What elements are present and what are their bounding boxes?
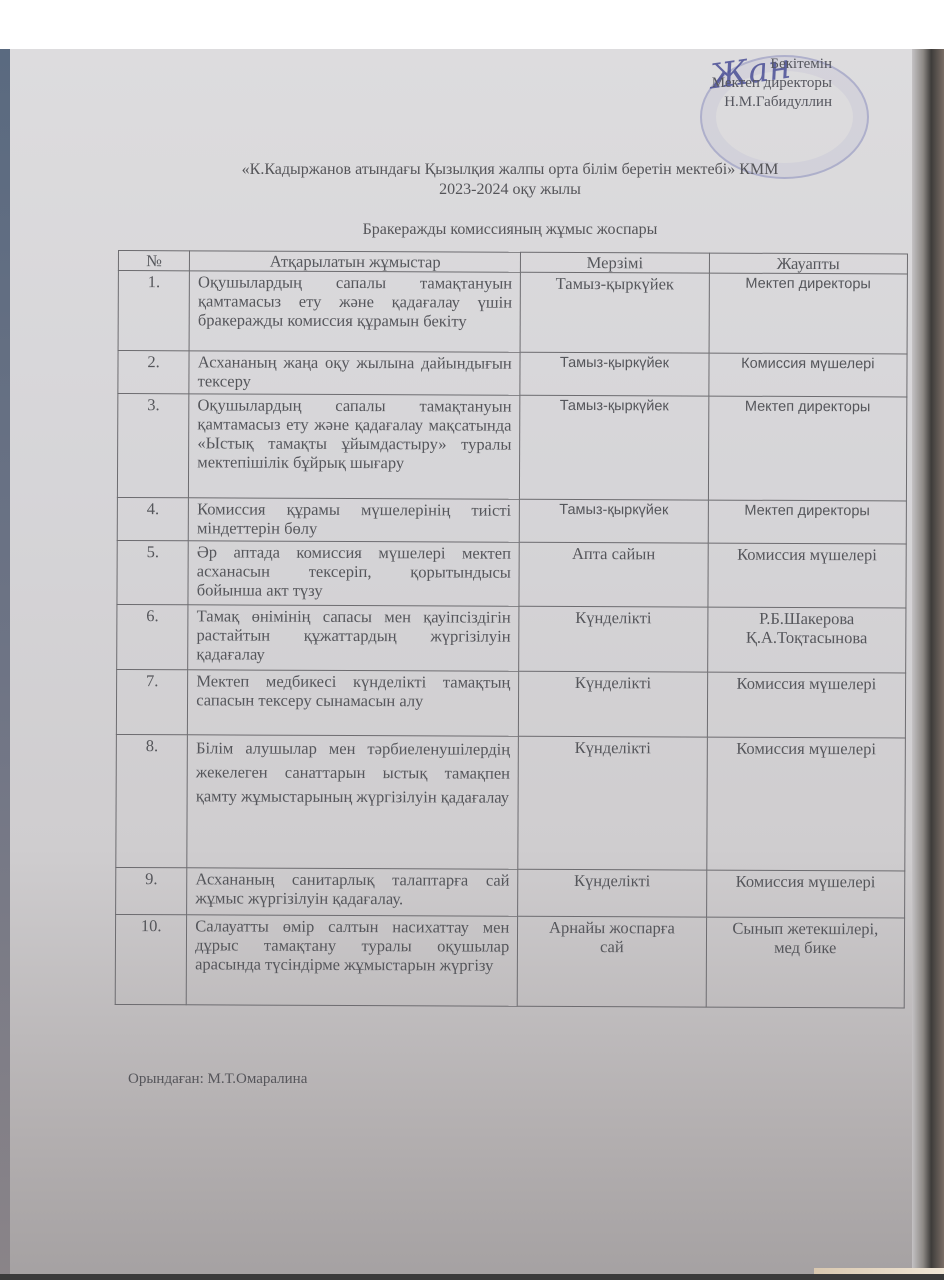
approval-line-position: Мектеп директоры [712,74,832,93]
row-term: Күнделікті [518,736,707,870]
table-row: 3. Оқушылардың сапалы тамақтануын қамтам… [117,394,906,501]
row-responsible: Комиссия мүшелері [707,672,906,738]
row-work: Салауатты өмір салтын насихаттау мен дұр… [186,915,517,1006]
row-term: Тамыз-қыркүйек [520,499,708,543]
row-work: Асхананың жаңа оқу жылына дайындығын тек… [189,351,520,395]
row-term: Апта сайын [519,542,708,607]
column-header-term: Мерзімі [521,252,709,273]
row-responsible: Комиссия мүшелері [708,353,907,397]
row-number: 6. [117,604,189,669]
work-plan-table: № Атқарылатын жұмыстар Мерзімі Жауапты 1… [115,250,908,1008]
table-row: 4. Комиссия құрамы мүшелерінің тиісті мі… [117,497,906,543]
paper-sheet: Жан Бекітемін Мектеп директоры Н.М.Габид… [10,49,912,1280]
row-work: Білім алушылар мен тәрбиеленушілердің же… [187,735,519,869]
approval-line-name: Н.М.Габидуллин [712,93,832,112]
row-number: 5. [117,540,188,604]
table-row: 2. Асхананың жаңа оқу жылына дайындығын … [118,351,907,397]
row-responsible: Мектеп директоры [709,273,908,354]
row-number: 4. [117,497,188,540]
column-header-responsible: Жауапты [709,253,908,274]
school-name: «К.Кадыржанов атындағы Қызылқия жалпы ор… [190,160,830,180]
row-responsible: Мектеп директоры [708,500,907,544]
row-number: 7. [116,669,188,734]
approval-block: Бекітемін Мектеп директоры Н.М.Габидулли… [712,55,832,112]
table-row: 6. Тамақ өнімінің сапасы мен қауіпсіздіг… [117,604,906,672]
row-work: Мектеп медбикесі күнделікті тамақтың сап… [188,670,519,736]
row-term: Арнайы жоспарға сай [517,916,706,1007]
table-row: 7. Мектеп медбикесі күнделікті тамақтың … [116,669,905,737]
plan-title: Бракеражды комиссияның жұмыс жоспары [190,221,830,239]
row-number: 9. [116,867,187,914]
row-term: Күнделікті [519,671,708,737]
table-row: 9. Асхананың санитарлық талаптарға сай ж… [116,867,905,917]
row-responsible: Комиссия мүшелері [706,737,905,871]
row-responsible: Сынып жетекшілері, мед бике [706,917,905,1008]
row-responsible: Р.Б.Шакерова Қ.А.Тоқтасынова [707,607,906,673]
document-photo: Жан Бекітемін Мектеп директоры Н.М.Габид… [0,49,944,1280]
row-responsible: Комиссия мүшелері [706,870,905,918]
executor-line: Орындаған: М.Т.Омаралина [128,1071,307,1088]
row-term: Тамыз-қыркүйек [520,395,709,500]
row-term: Күнделікті [519,606,708,672]
photo-left-edge [0,49,10,1280]
column-header-work: Атқарылатын жұмыстар [190,251,521,272]
screenshot-canvas: Жан Бекітемін Мектеп директоры Н.М.Габид… [0,0,944,1280]
row-work: Комиссия құрамы мүшелерінің тиісті мінде… [188,498,519,542]
document-header: «К.Кадыржанов атындағы Қызылқия жалпы ор… [190,160,830,200]
row-work: Асхананың санитарлық талаптарға сай жұмы… [187,868,518,916]
academic-year: 2023-2024 оқу жылы [190,180,830,200]
table-row: 10. Салауатты өмір салтын насихаттау мен… [115,914,904,1007]
table-row: 5. Әр аптада комиссия мүшелері мектеп ас… [117,540,906,607]
row-number: 3. [117,394,189,498]
row-term: Тамыз-қыркүйек [520,352,708,396]
approval-line-approve: Бекітемін [712,55,832,74]
row-responsible: Комиссия мүшелері [708,543,907,608]
row-work: Оқушылардың сапалы тамақтануын қамтамасы… [189,394,521,499]
row-number: 1. [118,271,190,351]
row-number: 10. [115,914,187,1004]
row-responsible: Мектеп директоры [708,396,907,501]
row-number: 2. [118,351,189,394]
row-term: Тамыз-қыркүйек [520,272,709,353]
column-header-number: № [118,251,189,271]
row-work: Тамақ өнімінің сапасы мен қауіпсіздігін … [188,605,519,671]
row-work: Оқушылардың сапалы тамақтануын қамтамасы… [189,271,520,352]
row-term: Күнделікті [518,869,707,917]
table-row: 1. Оқушылардың сапалы тамақтануын қамтам… [118,271,907,354]
photo-right-edge [912,49,944,1280]
photo-bottom-edge [0,1274,944,1280]
row-number: 8. [116,734,188,867]
table-row: 8. Білім алушылар мен тәрбиеленушілердің… [116,734,906,870]
row-work: Әр аптада комиссия мүшелері мектеп асхан… [188,541,519,606]
